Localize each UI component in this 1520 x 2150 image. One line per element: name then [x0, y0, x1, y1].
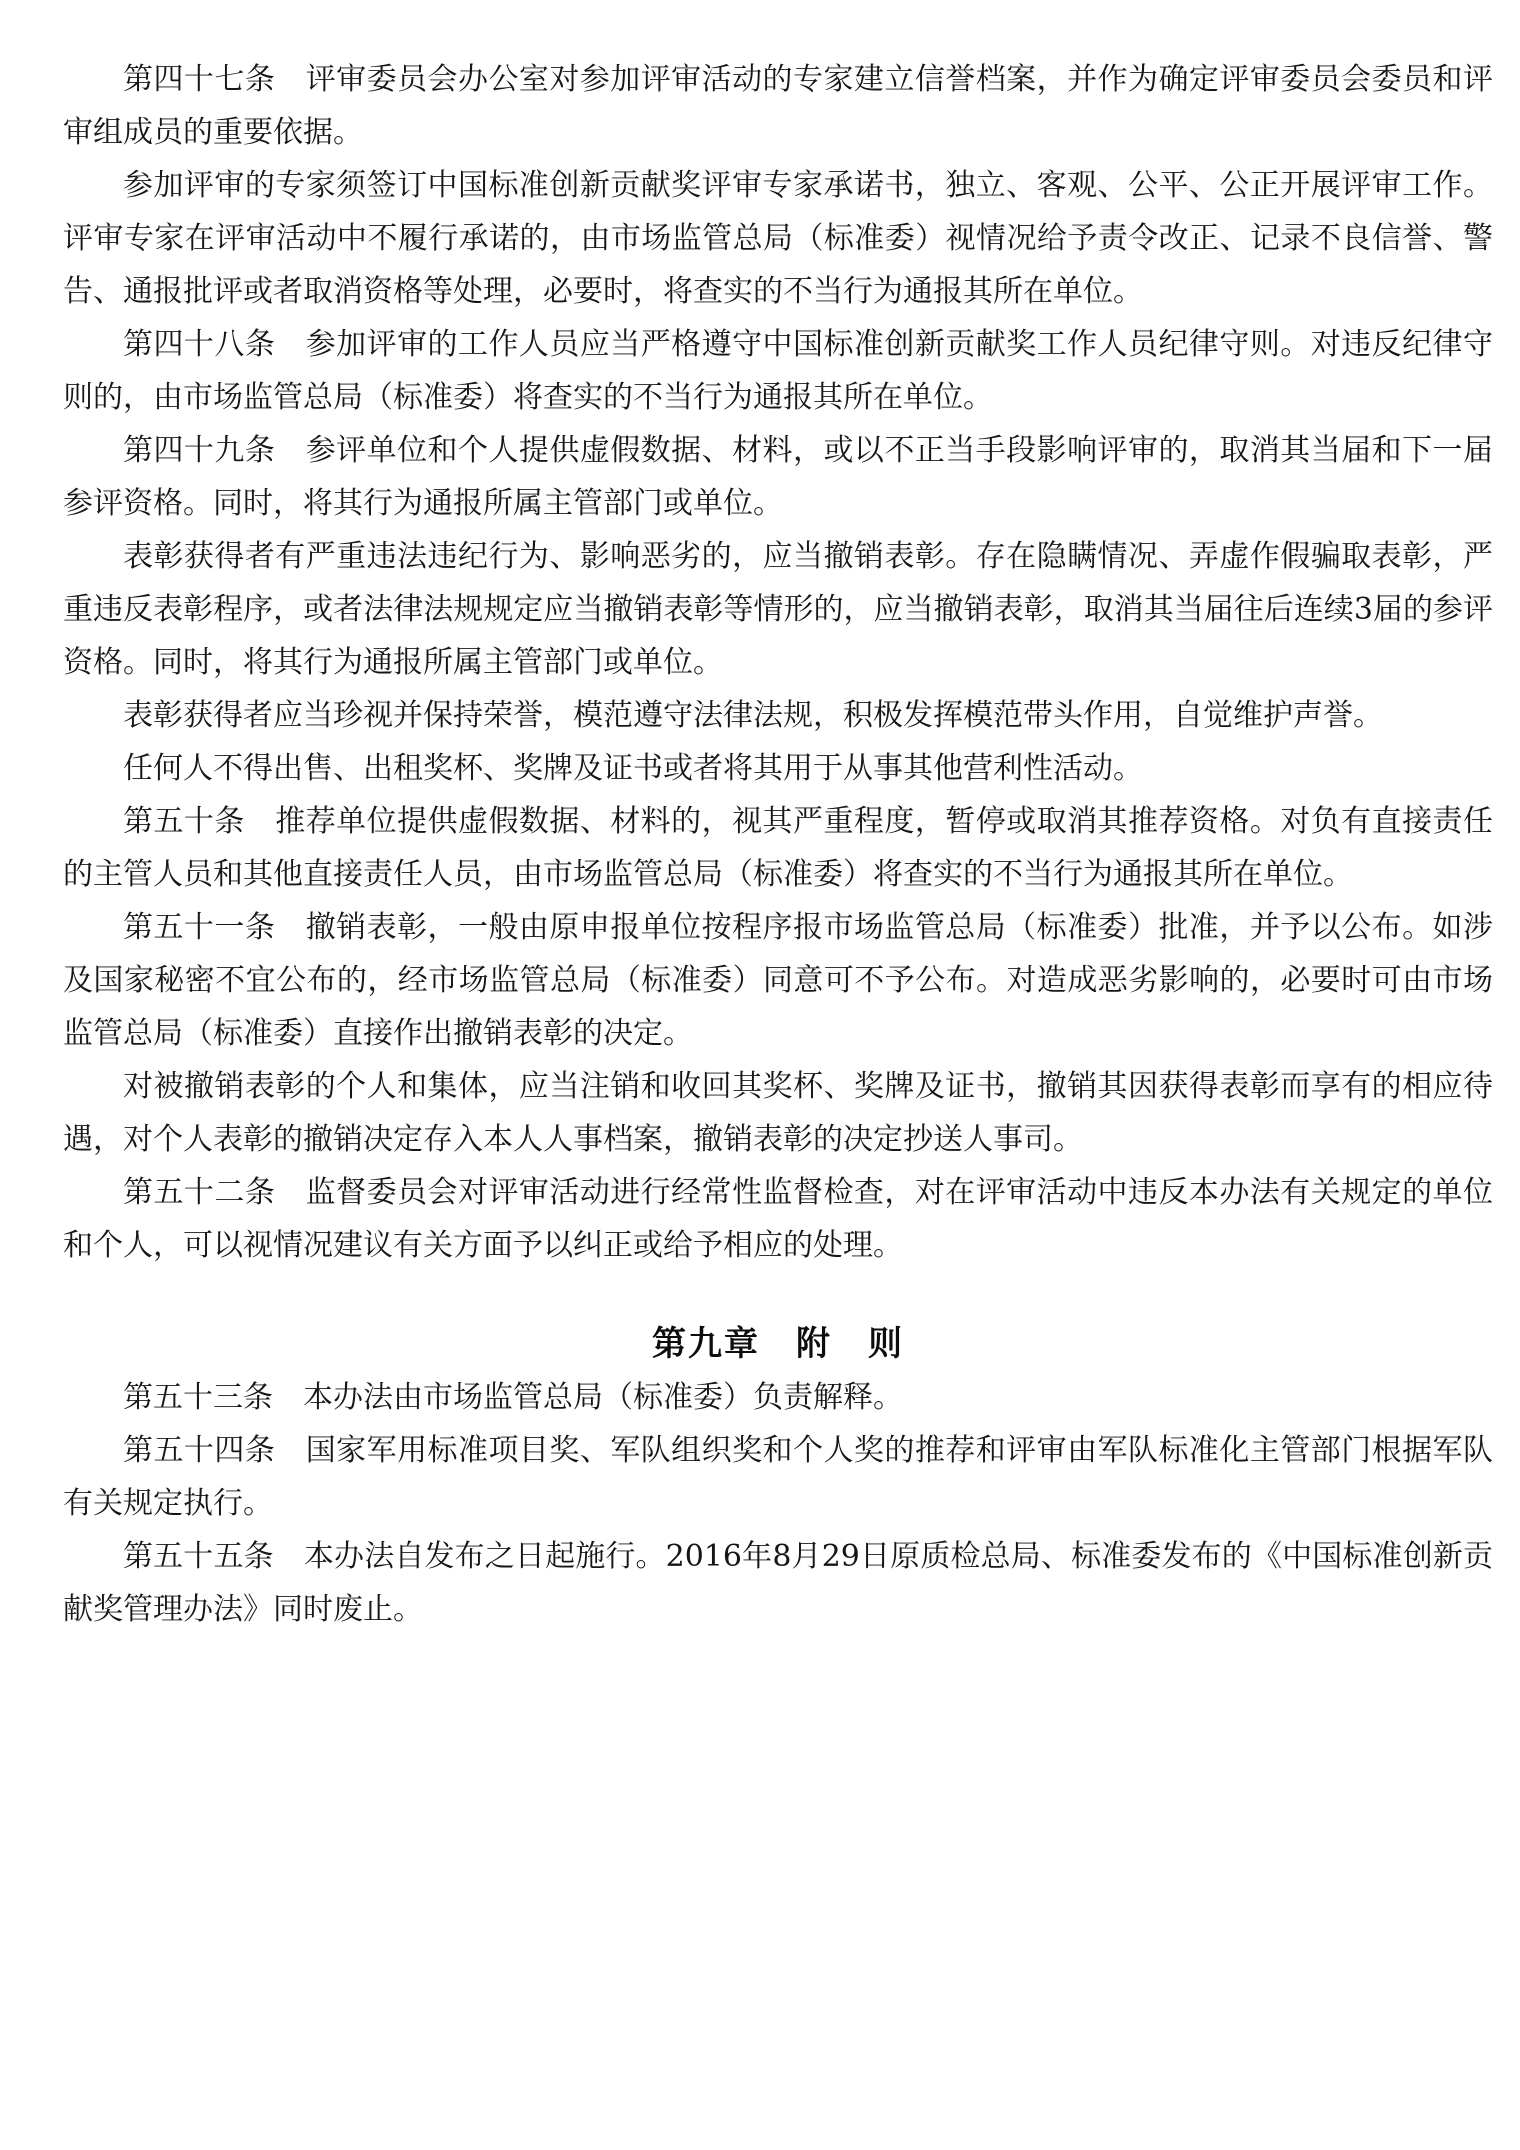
- chapter-heading: 第九章 附 则: [63, 1318, 1493, 1371]
- paragraph: 任何人不得出售、出租奖杯、奖牌及证书或者将其用于从事其他营利性活动。: [63, 742, 1493, 795]
- paragraph: 表彰获得者应当珍视并保持荣誉，模范遵守法律法规，积极发挥模范带头作用，自觉维护声…: [63, 689, 1493, 742]
- document-page: 第四十七条 评审委员会办公室对参加评审活动的专家建立信誉档案，并作为确定评审委员…: [0, 0, 1520, 2150]
- paragraph: 第五十一条 撤销表彰，一般由原申报单位按程序报市场监管总局（标准委）批准，并予以…: [63, 901, 1493, 1060]
- paragraph: 第四十七条 评审委员会办公室对参加评审活动的专家建立信誉档案，并作为确定评审委员…: [63, 53, 1493, 159]
- paragraph: 第五十二条 监督委员会对评审活动进行经常性监督检查，对在评审活动中违反本办法有关…: [63, 1166, 1493, 1272]
- document-body: 第四十七条 评审委员会办公室对参加评审活动的专家建立信誉档案，并作为确定评审委员…: [63, 53, 1493, 1636]
- paragraph: 第五十三条 本办法由市场监管总局（标准委）负责解释。: [63, 1371, 1493, 1424]
- paragraph: 第四十八条 参加评审的工作人员应当严格遵守中国标准创新贡献奖工作人员纪律守则。对…: [63, 318, 1493, 424]
- paragraph: 参加评审的专家须签订中国标准创新贡献奖评审专家承诺书，独立、客观、公平、公正开展…: [63, 159, 1493, 318]
- paragraph: 第四十九条 参评单位和个人提供虚假数据、材料，或以不正当手段影响评审的，取消其当…: [63, 424, 1493, 530]
- paragraph: 第五十四条 国家军用标准项目奖、军队组织奖和个人奖的推荐和评审由军队标准化主管部…: [63, 1424, 1493, 1530]
- paragraph: 对被撤销表彰的个人和集体，应当注销和收回其奖杯、奖牌及证书，撤销其因获得表彰而享…: [63, 1060, 1493, 1166]
- paragraph: 第五十五条 本办法自发布之日起施行。2016年8月29日原质检总局、标准委发布的…: [63, 1530, 1493, 1636]
- paragraph: 第五十条 推荐单位提供虚假数据、材料的，视其严重程度，暂停或取消其推荐资格。对负…: [63, 795, 1493, 901]
- paragraph: 表彰获得者有严重违法违纪行为、影响恶劣的，应当撤销表彰。存在隐瞒情况、弄虚作假骗…: [63, 530, 1493, 689]
